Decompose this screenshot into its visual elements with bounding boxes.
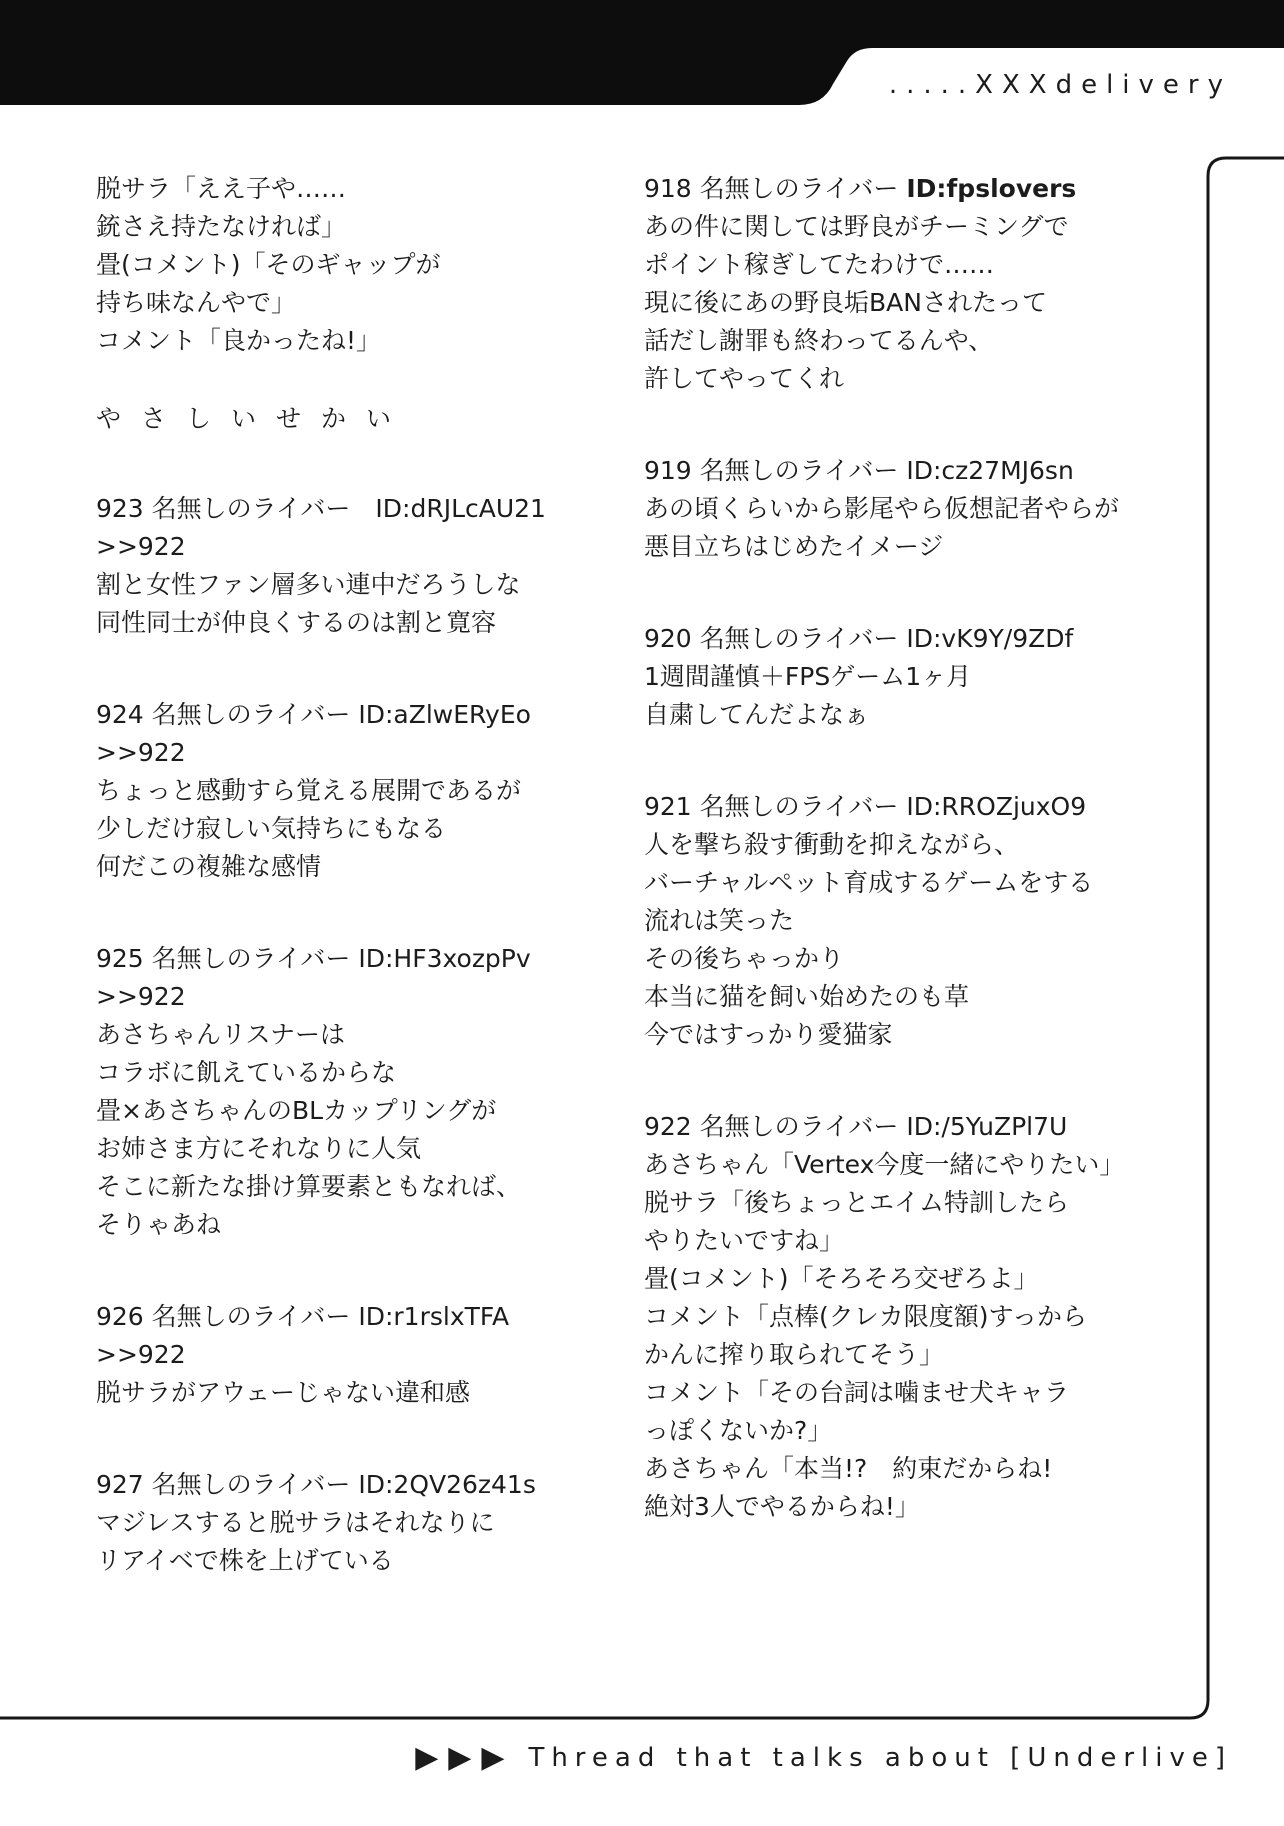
thread-line: あの件に関しては野良がチーミングで [644, 208, 1204, 246]
thread-line: 自粛してんだよなぁ [644, 696, 1204, 734]
thread-line: あさちゃん「Vertex今度一緒にやりたい」 [644, 1146, 1204, 1184]
thread-line: 919 名無しのライバー ID:cz27MJ6sn [644, 452, 1204, 490]
thread-line: ちょっと感動すら覚える展開であるが [96, 772, 596, 810]
thread-line: お姉さま方にそれなりに人気 [96, 1130, 596, 1168]
thread-line: 1週間謹慎＋FPSゲーム1ヶ月 [644, 658, 1204, 696]
thread-line: 人を撃ち殺す衝動を抑えながら、 [644, 826, 1204, 864]
thread-line: その後ちゃっかり [644, 940, 1204, 978]
novel-page: .....XXXdelivery 脱サラ「ええ子や……銃さえ持たなければ」畳(コ… [0, 0, 1284, 1826]
thread-line: コメント「点棒(クレカ限度額)すっから [644, 1298, 1204, 1336]
thread-line: やりたいですね」 [644, 1222, 1204, 1260]
thread-line: やさしいせかい [96, 400, 596, 438]
thread-post: 926 名無しのライバー ID:r1rslxTFA>>922脱サラがアウェーじゃ… [96, 1298, 596, 1412]
thread-column-right: 918 名無しのライバー ID:fpsloversあの件に関しては野良がチーミン… [644, 170, 1204, 1580]
thread-block: やさしいせかい [96, 400, 596, 438]
thread-post: 922 名無しのライバー ID:/5YuZPl7Uあさちゃん「Vertex今度一… [644, 1108, 1204, 1526]
thread-post: 923 名無しのライバー ID:dRJLcAU21>>922割と女性ファン層多い… [96, 490, 596, 642]
thread-post: 920 名無しのライバー ID:vK9Y/9ZDf1週間謹慎＋FPSゲーム1ヶ月… [644, 620, 1204, 734]
thread-line: 921 名無しのライバー ID:RROZjuxO9 [644, 788, 1204, 826]
thread-line: 持ち味なんやで」 [96, 284, 596, 322]
thread-line: 今ではすっかり愛猫家 [644, 1016, 1204, 1054]
thread-line: 脱サラがアウェーじゃない違和感 [96, 1374, 596, 1412]
thread-line: >>922 [96, 528, 596, 566]
thread-line: 畳×あさちゃんのBLカップリングが [96, 1092, 596, 1130]
thread-line: 同性同士が仲良くするのは割と寛容 [96, 604, 596, 642]
thread-line: ポイント稼ぎしてたわけで…… [644, 246, 1204, 284]
thread-line: 流れは笑った [644, 902, 1204, 940]
thread-line: 少しだけ寂しい気持ちにもなる [96, 810, 596, 848]
thread-line: 畳(コメント)「そのギャップが [96, 246, 596, 284]
brand-text: .....XXXdelivery [889, 70, 1232, 100]
thread-line: 銃さえ持たなければ」 [96, 208, 596, 246]
thread-line: 悪目立ちはじめたイメージ [644, 528, 1204, 566]
thread-line: 920 名無しのライバー ID:vK9Y/9ZDf [644, 620, 1204, 658]
thread-line: マジレスすると脱サラはそれなりに [96, 1504, 596, 1542]
thread-line: そこに新たな掛け算要素ともなれば、 [96, 1168, 596, 1206]
thread-line: あさちゃんリスナーは [96, 1016, 596, 1054]
poster-id-bold: ID:fpslovers [906, 174, 1076, 203]
thread-post: 918 名無しのライバー ID:fpsloversあの件に関しては野良がチーミン… [644, 170, 1204, 398]
footer: ▶▶▶ Thread that talks about [Underlive] [415, 1740, 1232, 1776]
thread-line: 922 名無しのライバー ID:/5YuZPl7U [644, 1108, 1204, 1146]
thread-line: 割と女性ファン層多い連中だろうしな [96, 566, 596, 604]
thread-line: 本当に猫を飼い始めたのも草 [644, 978, 1204, 1016]
thread-line: 脱サラ「後ちょっとエイム特訓したら [644, 1184, 1204, 1222]
thread-line: あさちゃん「本当!? 約束だからね! [644, 1450, 1204, 1488]
thread-line: コメント「その台詞は噛ませ犬キャラ [644, 1374, 1204, 1412]
thread-line: 脱サラ「ええ子や…… [96, 170, 596, 208]
thread-post: 924 名無しのライバー ID:aZlwERyEo>>922ちょっと感動すら覚え… [96, 696, 596, 886]
thread-line: そりゃあね [96, 1206, 596, 1244]
play-arrows-icon: ▶▶▶ [415, 1740, 514, 1776]
footer-thread-title: Thread that talks about [Underlive] [528, 1740, 1232, 1776]
thread-column-left: 脱サラ「ええ子や……銃さえ持たなければ」畳(コメント)「そのギャップが持ち味なん… [96, 170, 596, 1634]
thread-post: 925 名無しのライバー ID:HF3xozpPv>>922あさちゃんリスナーは… [96, 940, 596, 1244]
thread-line: 926 名無しのライバー ID:r1rslxTFA [96, 1298, 596, 1336]
thread-line: 927 名無しのライバー ID:2QV26z41s [96, 1466, 596, 1504]
thread-line: バーチャルペット育成するゲームをする [644, 864, 1204, 902]
post-header-text: 918 名無しのライバー [644, 174, 906, 203]
thread-post: 927 名無しのライバー ID:2QV26z41sマジレスすると脱サラはそれなり… [96, 1466, 596, 1580]
thread-block: 脱サラ「ええ子や……銃さえ持たなければ」畳(コメント)「そのギャップが持ち味なん… [96, 170, 596, 360]
thread-line: リアイベで株を上げている [96, 1542, 596, 1580]
thread-line: 何だこの複雑な感情 [96, 848, 596, 886]
thread-line: かんに搾り取られてそう」 [644, 1336, 1204, 1374]
thread-line: 925 名無しのライバー ID:HF3xozpPv [96, 940, 596, 978]
thread-line: 畳(コメント)「そろそろ交ぜろよ」 [644, 1260, 1204, 1298]
thread-line: 許してやってくれ [644, 360, 1204, 398]
thread-line: 924 名無しのライバー ID:aZlwERyEo [96, 696, 596, 734]
thread-line: >>922 [96, 734, 596, 772]
thread-line: 918 名無しのライバー ID:fpslovers [644, 170, 1204, 208]
thread-post: 919 名無しのライバー ID:cz27MJ6snあの頃くらいから影尾やら仮想記… [644, 452, 1204, 566]
thread-line: あの頃くらいから影尾やら仮想記者やらが [644, 490, 1204, 528]
thread-line: 絶対3人でやるからね!」 [644, 1488, 1204, 1526]
thread-line: 現に後にあの野良垢BANされたって [644, 284, 1204, 322]
thread-line: >>922 [96, 978, 596, 1016]
thread-post: 921 名無しのライバー ID:RROZjuxO9人を撃ち殺す衝動を抑えながら、… [644, 788, 1204, 1054]
thread-line: コラボに飢えているからな [96, 1054, 596, 1092]
thread-line: 話だし謝罪も終わってるんや、 [644, 322, 1204, 360]
thread-line: 923 名無しのライバー ID:dRJLcAU21 [96, 490, 596, 528]
thread-line: っぽくないか?」 [644, 1412, 1204, 1450]
thread-line: コメント「良かったね!」 [96, 322, 596, 360]
thread-line: >>922 [96, 1336, 596, 1374]
